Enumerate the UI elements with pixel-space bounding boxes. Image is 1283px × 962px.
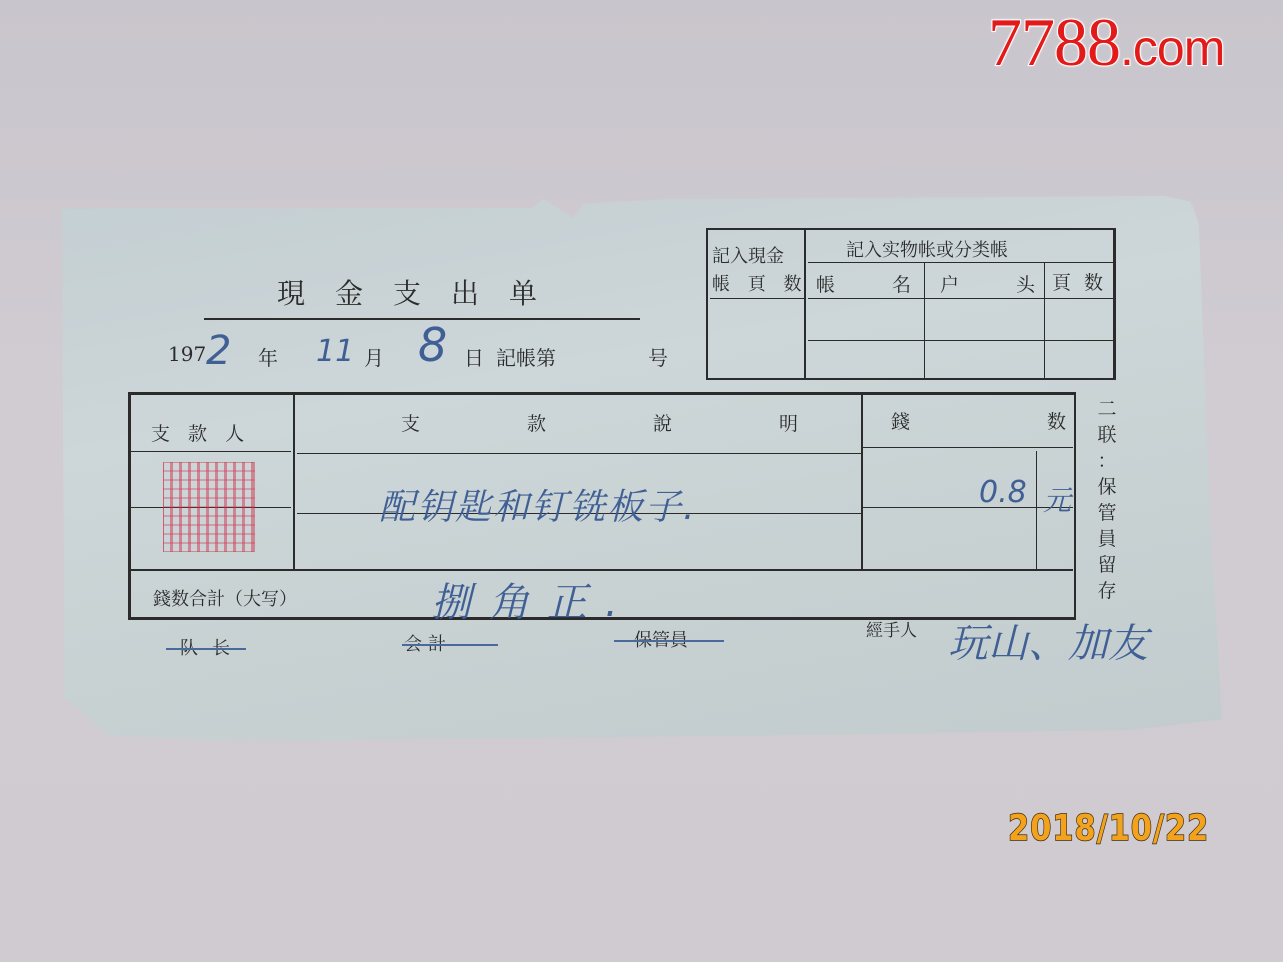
accountant-label: 会計 [404, 630, 452, 656]
year-label: 年 [258, 342, 278, 371]
account-head-2: 头 [1016, 270, 1035, 297]
captain-strike [166, 648, 246, 650]
accountant-strike [402, 644, 498, 646]
total-value: 捌角正. [431, 571, 636, 628]
number-label: 号 [648, 342, 668, 371]
year-prefix: 197 [168, 342, 206, 366]
cash-ledger-header-2: 帳 頁 数 [712, 270, 807, 296]
captain-label: 队长 [180, 634, 244, 660]
description-value: 配钥匙和钉铣板子. [379, 479, 696, 530]
watermark-suffix: .com [1120, 20, 1224, 76]
amount-value: 0.8 [979, 475, 1027, 510]
page-count-1: 頁 [1052, 268, 1071, 295]
note-char: ： [1094, 448, 1120, 474]
payee-header: 支 款 人 [151, 419, 250, 446]
keeper-label: 保管員 [634, 626, 688, 652]
description-header: 支 款 說 明 [401, 409, 842, 436]
watermark-brand: 7788 [988, 4, 1120, 80]
expense-table: 支 款 人 支 款 說 明 錢 数 配钥匙和钉铣板子. 0.8 元 錢数合計（大… [128, 392, 1076, 620]
day-label: 日 [464, 342, 484, 371]
site-watermark: 7788.com [988, 8, 1224, 76]
payee-seal-stamp [163, 462, 255, 552]
photo-date-stamp: 2018/10/22 [1008, 808, 1209, 849]
note-char: 保 [1094, 474, 1120, 500]
month-handwritten: 11 [316, 334, 354, 369]
note-char: 存 [1094, 578, 1120, 604]
account-head-1: 户 [940, 270, 959, 297]
handler-signature: 玩山、加友 [948, 612, 1148, 669]
amount-header: 錢 数 [891, 407, 1086, 434]
handler-label: 經手人 [866, 616, 917, 641]
note-char: 联 [1094, 422, 1120, 448]
account-name-2: 名 [892, 270, 911, 297]
keeper-strike [614, 640, 724, 642]
note-char: 管 [1094, 500, 1120, 526]
note-char: 員 [1094, 526, 1120, 552]
note-char: 留 [1094, 552, 1120, 578]
document-title: 現金支出单 [204, 272, 640, 320]
page-count-2: 数 [1084, 268, 1103, 295]
ledger-entry-box: 記入現金 帳 頁 数 記入实物帐或分类帳 帳 名 户 头 頁 数 [706, 228, 1116, 380]
year-handwritten: 2 [206, 328, 231, 374]
amount-unit: 元 [1043, 479, 1071, 519]
goods-ledger-header: 記入实物帐或分类帳 [846, 236, 1008, 262]
copy-note-vertical: 二 联 ： 保 管 員 留 存 [1094, 396, 1120, 604]
ledger-label: 記帳第 [496, 342, 556, 371]
total-label: 錢数合計（大写） [153, 585, 297, 611]
account-name-1: 帳 [816, 270, 835, 297]
month-label: 月 [364, 342, 384, 371]
day-handwritten: 8 [418, 318, 447, 372]
cash-ledger-header-1: 記入現金 [712, 242, 784, 268]
note-char: 二 [1094, 396, 1120, 422]
